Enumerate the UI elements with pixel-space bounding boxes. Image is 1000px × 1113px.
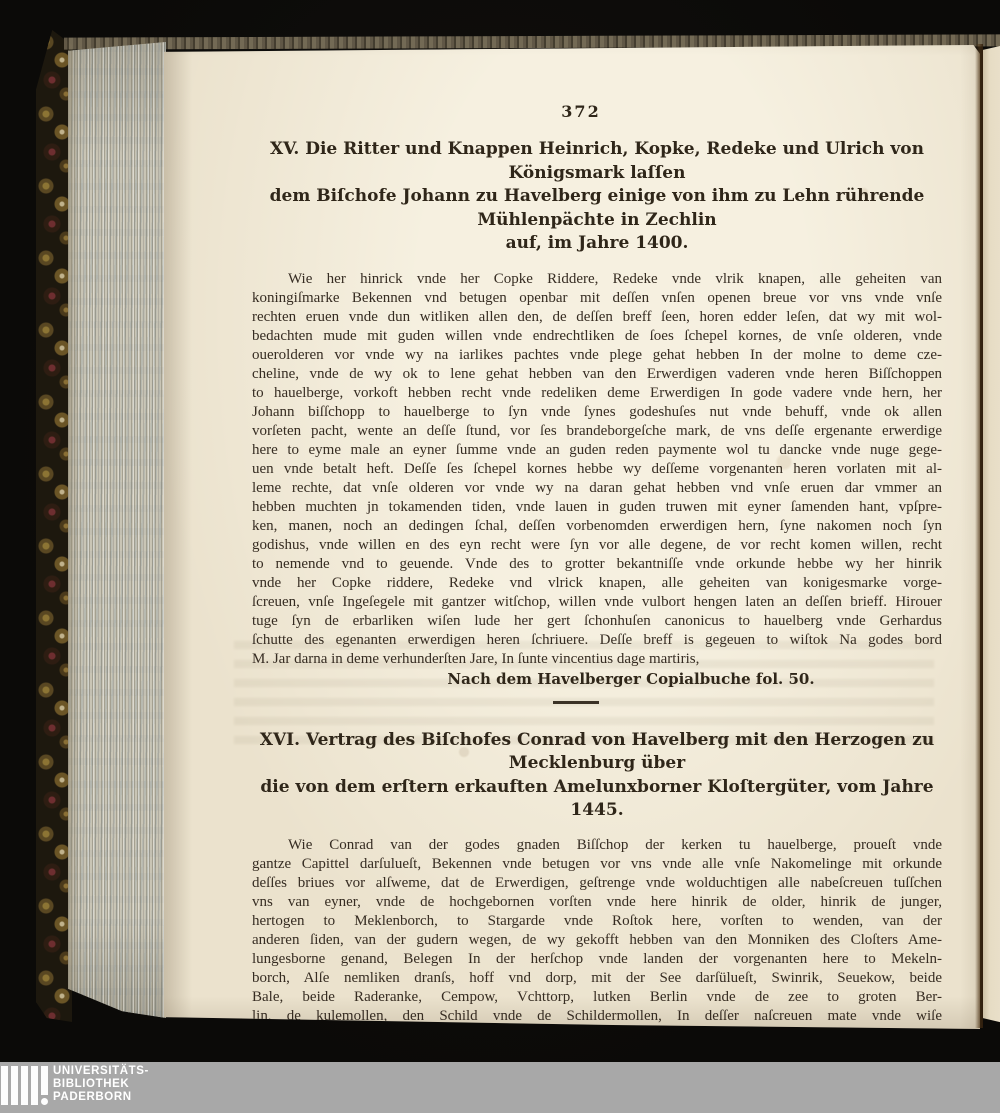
text-line: vorſcheiden, vruntliken vntwey geſpraken… [252,1026,942,1045]
library-watermark-bar: UNIVERSITÄTS- BIBLIOTHEK PADERBORN [0,1062,1000,1113]
book-cover-marbled-edge [36,30,72,1022]
text-line: ſchutte des egenanten erwerdigen heren ſ… [252,631,942,650]
text-line: vorſeten pacht, wente an deſſe ſtund, vo… [252,422,942,441]
logo-bar [11,1066,18,1105]
text-line: ken, manen, noch an dedingen ſchal, deſſ… [252,517,942,536]
text-line: to nemende vnd to geuende. Vnde des to g… [252,555,942,574]
text-line: gantze Capittel darſulueſt, Bekennen vnd… [252,855,942,874]
library-name-line: UNIVERSITÄTS- [53,1065,149,1078]
section-xvi-body: Wie Conrad van der godes gnaden Biſſchop… [252,836,942,1045]
book-gutter-shadow [975,44,983,1028]
logo-dot [41,1098,48,1105]
text-line: godishus, vnde willen en des eyn recht w… [252,536,942,555]
page-number: 372 [252,102,942,121]
text-line: lungesborne genand, Belegen In der herſc… [252,950,942,969]
section-xvi-heading: XVI. Vertrag des Biſchofes Conrad von Ha… [252,729,942,823]
text-line: ouerolderen vor vnde wy na iarlikes pach… [252,346,942,365]
text-line: Wie Conrad van der godes gnaden Biſſchop… [252,836,942,855]
library-name-line: BIBLIOTHEK [53,1078,149,1091]
text-line: cheline, vnde de wy ok to lene gehat heb… [252,365,942,384]
logo-bar [1,1066,8,1105]
logo-bar [31,1066,38,1105]
text-line: XVI. Vertrag des Biſchofes Conrad von Ha… [252,729,942,776]
text-line: hertogen to Meklenborch, to Stargarde vn… [252,912,942,931]
section-divider [553,701,599,704]
section-xv-heading: XV. Die Ritter und Knappen Heinrich, Kop… [252,138,942,256]
text-line: tuge ſyn de erbarliken wiſen lude her ge… [252,612,942,631]
text-line: to hauelberge, vorkoft hebben recht vnde… [252,384,942,403]
text-line: auf, im Jahre 1400. [252,232,942,256]
logo-bar [41,1066,48,1095]
text-line: bedachten mude mit guden willen vnde end… [252,327,942,346]
text-line: borch, Alſe nemliken dranſs, hoff vnd do… [252,969,942,988]
text-line: die von dem erſtern erkauften Amelunxbor… [252,776,942,823]
text-line: Johann biſſchopp to hauelberge to ſyn vn… [252,403,942,422]
text-line: vns van eyner, vnde de hochgebornen vorſ… [252,893,942,912]
text-line: Bale, beide Raderanke, Cempow, Vchttorp,… [252,988,942,1007]
text-line: M. Jar darna in deme verhunderſten Jare,… [252,650,942,669]
text-line: XV. Die Ritter und Knappen Heinrich, Kop… [252,138,942,185]
library-name-line: PADERBORN [53,1091,149,1104]
text-line: rechten eruen vnde dun witliken allen de… [252,308,942,327]
text-line: deſſes briues vor alſweme, dat de Erwerd… [252,874,942,893]
text-line: hebben muchten jn tokamenden tiden, vnde… [252,498,942,517]
text-line: leme rechte, dat vnſe olderen vor vnde w… [252,479,942,498]
text-line: Wie her hinrick vnde her Copke Riddere, … [252,270,942,289]
text-line: here to eyme male an eyner ſumme vnde an… [252,441,942,460]
text-line: dem Biſchofe Johann zu Havelberg einige … [252,185,942,232]
library-name: UNIVERSITÄTS- BIBLIOTHEK PADERBORN [53,1065,149,1104]
page-block-fore-edge [68,42,166,1018]
text-column: 372 XV. Die Ritter und Knappen Heinrich,… [252,42,942,1045]
text-line: vnde her Copke riddere, Redeke vnd vlric… [252,574,942,593]
facing-page-strip [983,46,1000,1026]
text-line: anderen ſiden, van der gudern wegen, de … [252,931,942,950]
scan-viewport: 372 XV. Die Ritter und Knappen Heinrich,… [0,0,1000,1113]
section-xv-body: Wie her hinrick vnde her Copke Riddere, … [252,270,942,669]
section-xv-source: Nach dem Havelberger Copialbuche fol. 50… [252,670,942,688]
text-line: uen vnde betalt heft. Deſſe ſes ſchepel … [252,460,942,479]
text-line: ſcreuen, vnſe Ingeſegele mit gantzer wit… [252,593,942,612]
logo-bar-with-dot [41,1066,48,1105]
logo-bar [21,1066,28,1105]
library-logo-bars-icon [1,1066,48,1105]
text-line: koningiſmarke Bekennen vnd betugen openb… [252,289,942,308]
text-line: lin, de kulemollen, den Schild vnde de S… [252,1007,942,1026]
scanned-page: 372 XV. Die Ritter und Knappen Heinrich,… [164,42,980,1030]
